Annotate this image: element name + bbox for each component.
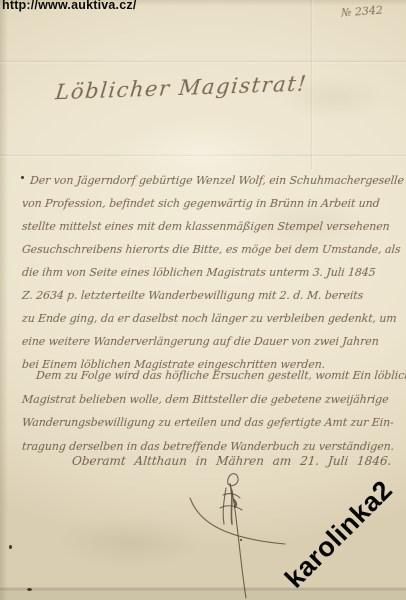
document-number-annotation: № 2342: [341, 4, 384, 20]
handwritten-line: Z. 2634 p. letzterteilte Wanderbewilligu…: [21, 284, 405, 307]
auction-site-url-watermark: http://www.auktiva.cz/: [2, 0, 137, 12]
ink-speck: [9, 545, 12, 549]
handwritten-line: Gesuchschreibens hierorts die Bitte, es …: [21, 238, 405, 261]
fold-crease: [0, 60, 406, 64]
paper-edge-shadow: [0, 0, 8, 600]
scanned-letter-page: http://www.auktiva.cz/ № 2342 Löblicher …: [0, 0, 406, 600]
letter-salutation: Löblicher Magistrat!: [54, 72, 308, 105]
handwritten-line: stellte mittelst eines mit dem klassenmä…: [21, 215, 405, 238]
ink-speck: [27, 588, 32, 591]
ink-speck: [240, 539, 242, 541]
handwritten-line: die ihm von Seite eines löblichen Magist…: [21, 261, 405, 284]
letter-paragraph-1: Der von Jägerndorf gebürtige Wenzel Wolf…: [22, 169, 404, 376]
handwritten-line: zu Ende ging, da er daselbst noch länger…: [21, 307, 405, 330]
handwritten-line: Dem zu Folge wird das höfliche Ersuchen …: [35, 364, 406, 388]
handwritten-line: Wanderungsbewilligung zu erteilen und da…: [21, 411, 406, 435]
ink-speck: [21, 176, 24, 179]
handwritten-line: von Profession, befindet sich gegenwärti…: [21, 192, 405, 215]
handwritten-line: Der von Jägerndorf gebürtige Wenzel Wolf…: [29, 169, 405, 192]
handwritten-line: Magistrat belieben wolle, dem Bittstelle…: [21, 388, 406, 412]
handwritten-line: eine weitere Wanderverlängerung auf die …: [21, 330, 405, 353]
